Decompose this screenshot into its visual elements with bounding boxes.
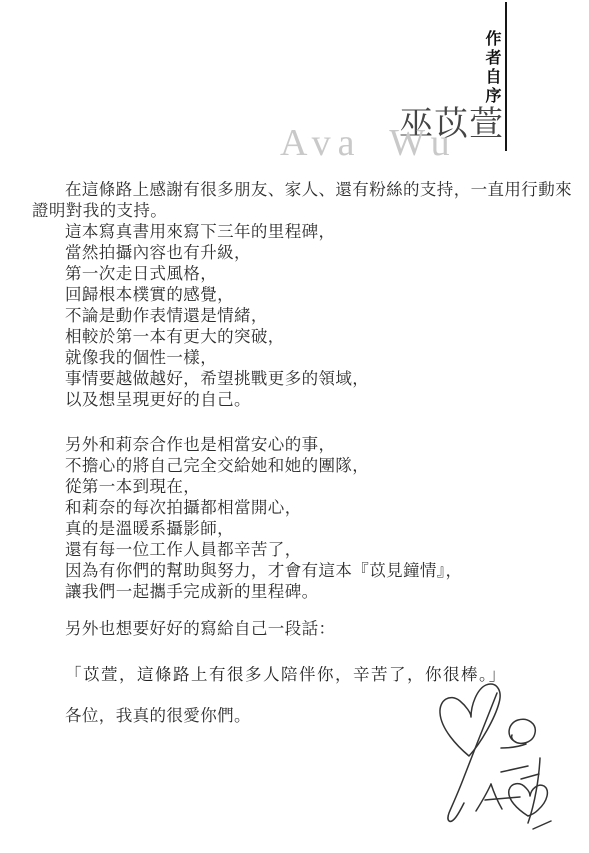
preface-line: 以及想呈現更好的自己。 (32, 390, 564, 411)
vertical-divider-line (505, 2, 507, 151)
preface-line: 第一次走日式風格， (32, 264, 564, 285)
author-name-english-watermark: Ava Wu (280, 121, 457, 165)
signature-hearts-doodle-icon (419, 653, 589, 853)
preface-line: 因為有你們的幫助與努力，才會有這本『苡見鐘情』， (32, 561, 564, 582)
preface-line: 讓我們一起攜手完成新的里程碑。 (32, 582, 564, 603)
preface-line: 就像我的個性一樣， (32, 348, 564, 369)
preface-line: 回歸根本樸實的感覺， (32, 285, 564, 306)
preface-page: 作者自序 巫苡萱 Ava Wu 在這條路上感謝有很多朋友、家人、還有粉絲的支持，… (0, 0, 589, 853)
preface-line: 和莉奈的每次拍攝都相當開心， (32, 498, 564, 519)
preface-line: 從第一本到現在， (32, 477, 564, 498)
preface-line: 相較於第一本有更大的突破， (32, 327, 564, 348)
preface-line: 還有每一位工作人員都辛苦了， (32, 540, 564, 561)
preface-line: 證明對我的支持。 (32, 201, 564, 222)
preface-line: 另外也想要好好的寫給自己一段話： (32, 619, 564, 640)
preface-line: 不論是動作表情還是情緒， (32, 306, 564, 327)
preface-line: 在這條路上感謝有很多朋友、家人、還有粉絲的支持，一直用行動來 (32, 180, 564, 201)
preface-body: 在這條路上感謝有很多朋友、家人、還有粉絲的支持，一直用行動來 證明對我的支持。 … (32, 180, 564, 727)
preface-line: 另外和莉奈合作也是相當安心的事， (32, 435, 564, 456)
preface-line: 不擔心的將自己完全交給她和她的團隊， (32, 456, 564, 477)
section-title-vertical: 作者自序 (480, 30, 503, 106)
preface-line: 事情要越做越好，希望挑戰更多的領域， (32, 369, 564, 390)
preface-line: 真的是溫暖系攝影師， (32, 519, 564, 540)
preface-line: 這本寫真書用來寫下三年的里程碑， (32, 222, 564, 243)
preface-line: 當然拍攝內容也有升級， (32, 243, 564, 264)
